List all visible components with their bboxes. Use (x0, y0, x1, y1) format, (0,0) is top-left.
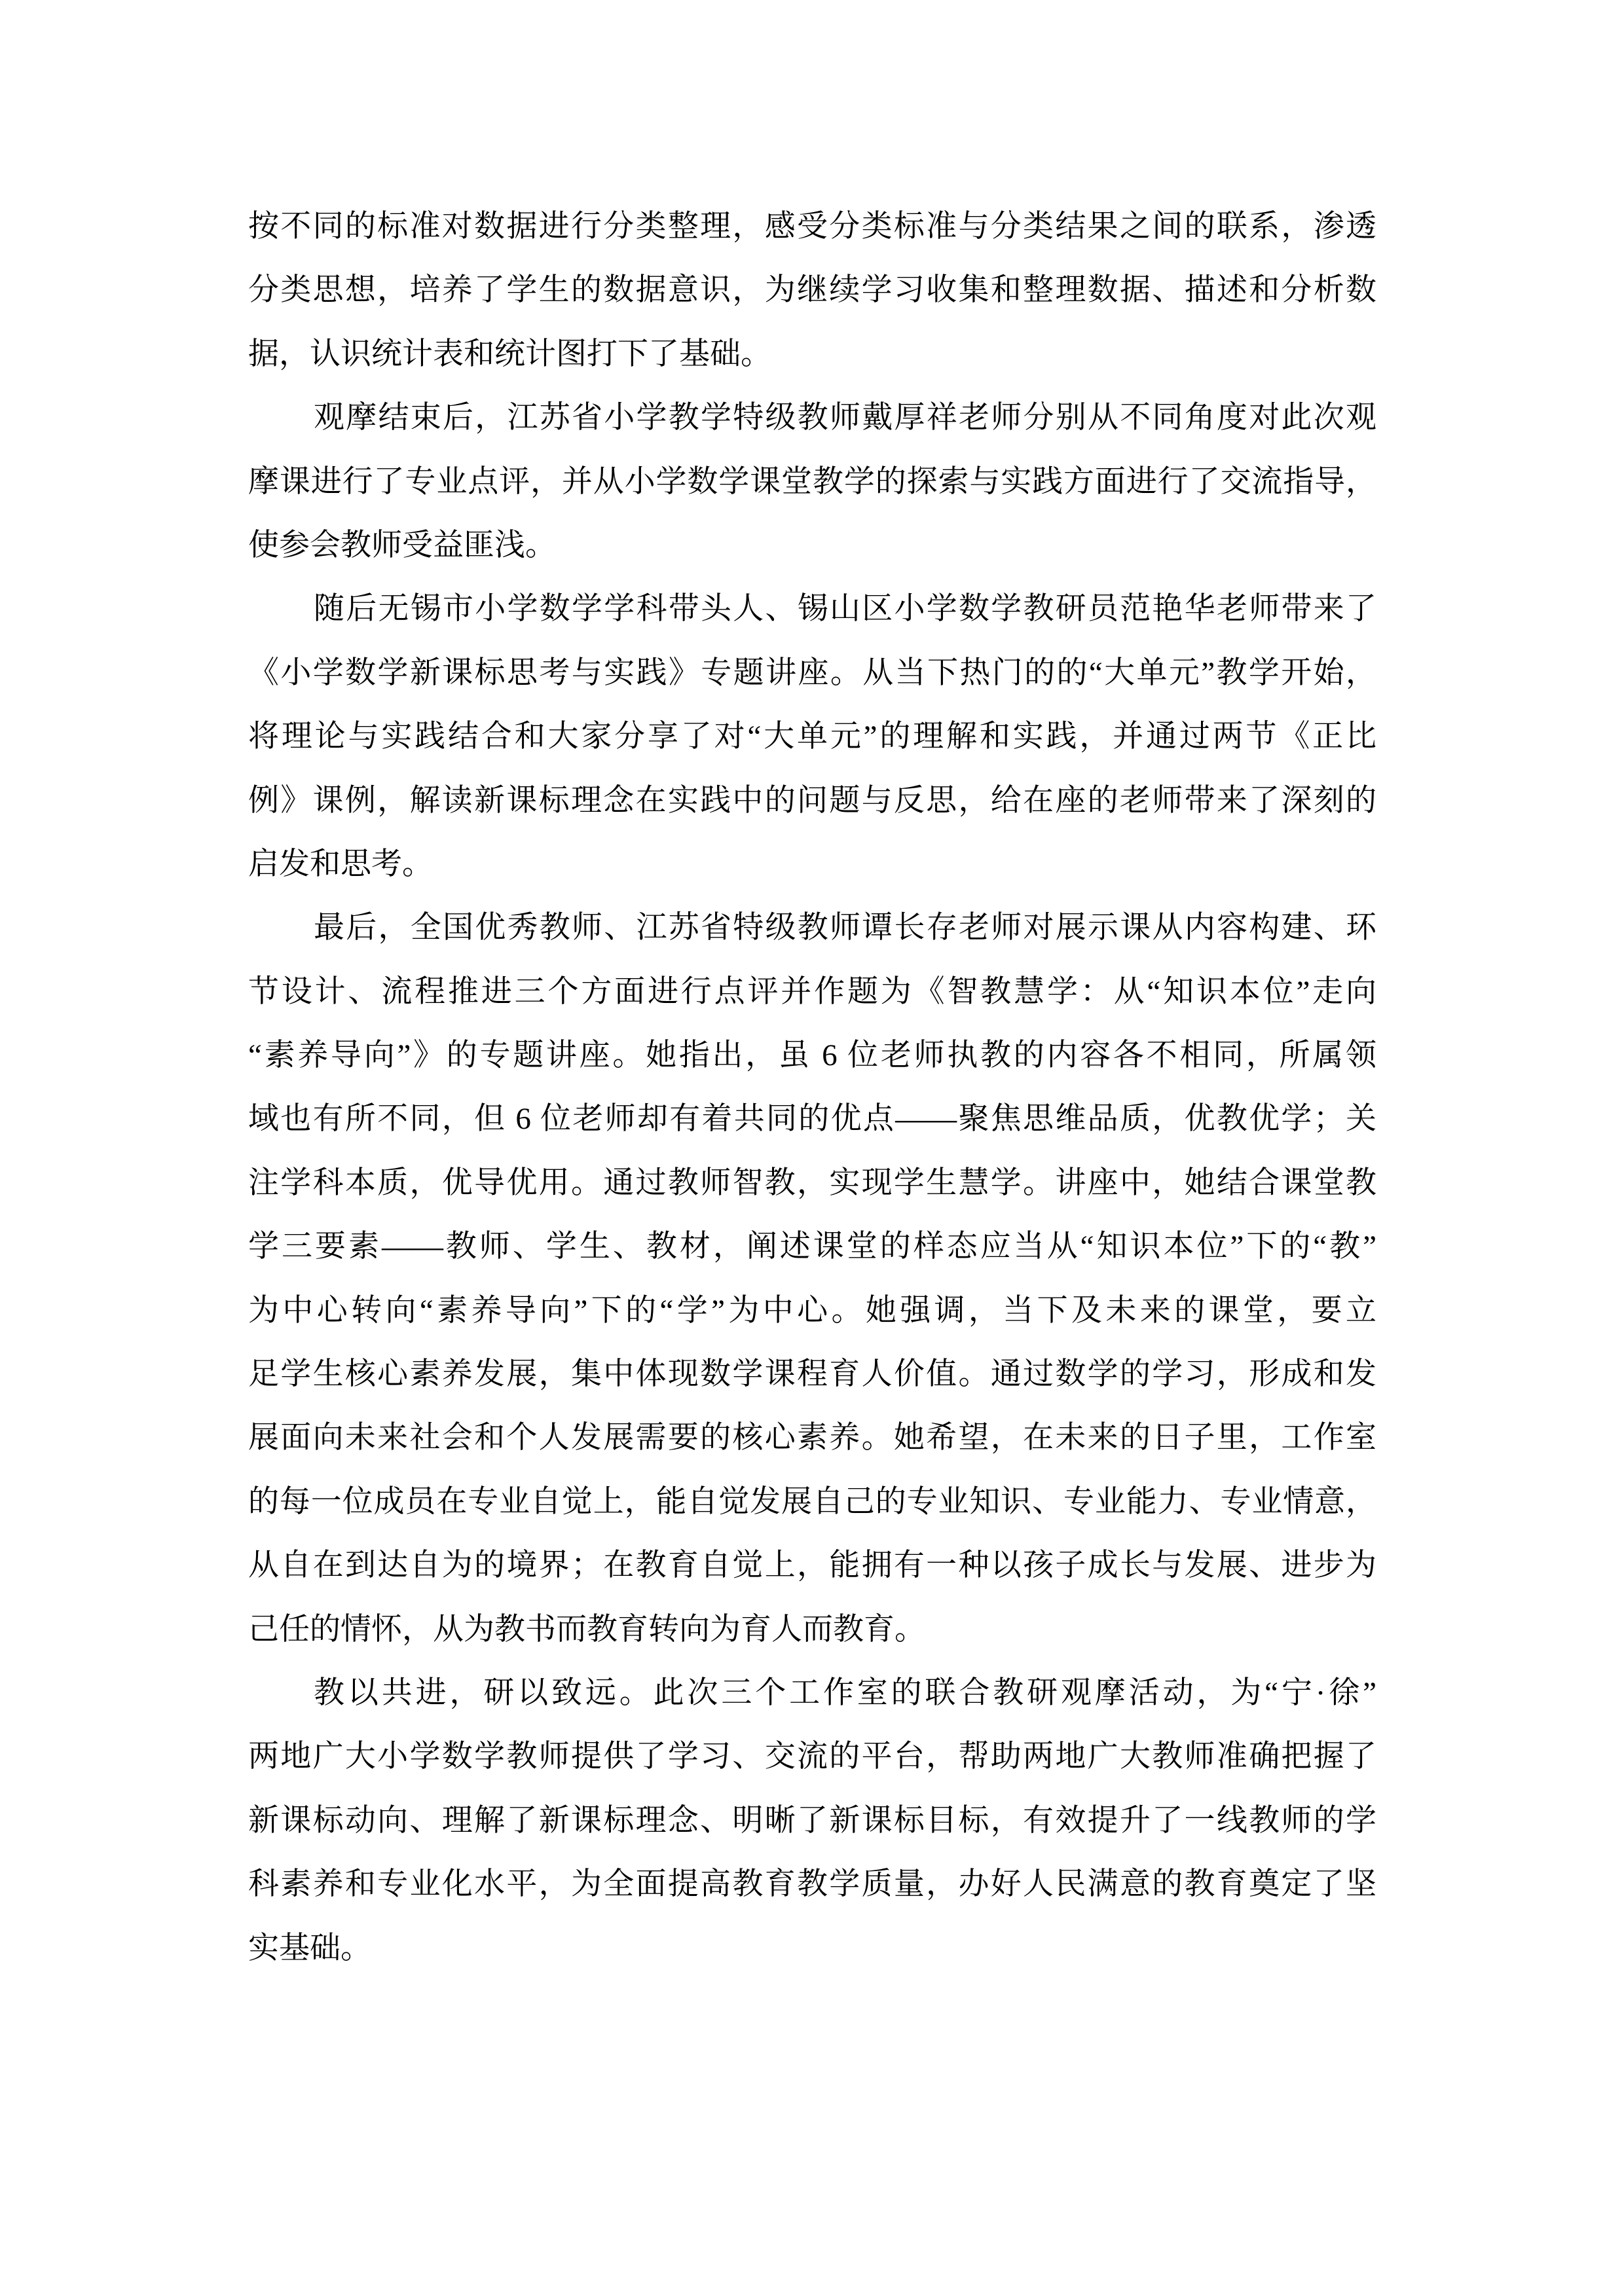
text-line: 足学生核心素养发展，集中体现数学课程育人价值。通过数学的学习，形成和发 (248, 1343, 1376, 1406)
text-line: 从自在到达自为的境界；在教育自觉上，能拥有一种以孩子成长与发展、进步为 (248, 1534, 1376, 1597)
text-line: “素养导向”》的专题讲座。她指出，虽 6 位老师执教的内容各不相同，所属领 (248, 1024, 1376, 1087)
text-line: 学三要素——教师、学生、教材，阐述课堂的样态应当从“知识本位”下的“教” (248, 1215, 1376, 1279)
text-line: 实基础。 (248, 1917, 1376, 1980)
paragraph: 随后无锡市小学数学学科带头人、锡山区小学数学教研员范艳华老师带来了《小学数学新课… (248, 577, 1376, 896)
text-line: 为中心转向“素养导向”下的“学”为中心。她强调，当下及未来的课堂，要立 (248, 1279, 1376, 1343)
paragraph: 按不同的标准对数据进行分类整理，感受分类标准与分类结果之间的联系，渗透分类思想，… (248, 195, 1376, 386)
text-line: 己任的情怀，从为教书而教育转向为育人而教育。 (248, 1598, 1376, 1662)
paragraph: 教以共进，研以致远。此次三个工作室的联合教研观摩活动，为“宁·徐”两地广大小学数… (248, 1662, 1376, 1980)
text-line: 按不同的标准对数据进行分类整理，感受分类标准与分类结果之间的联系，渗透 (248, 195, 1376, 259)
text-line: 摩课进行了专业点评，并从小学数学课堂教学的探索与实践方面进行了交流指导， (248, 450, 1376, 514)
text-line: 将理论与实践结合和大家分享了对“大单元”的理解和实践，并通过两节《正比 (248, 705, 1376, 769)
text-line: 展面向未来社会和个人发展需要的核心素养。她希望，在未来的日子里，工作室 (248, 1406, 1376, 1470)
document-body: 按不同的标准对数据进行分类整理，感受分类标准与分类结果之间的联系，渗透分类思想，… (248, 195, 1376, 1980)
text-line: 教以共进，研以致远。此次三个工作室的联合教研观摩活动，为“宁·徐” (248, 1662, 1376, 1725)
text-line: 启发和思考。 (248, 833, 1376, 896)
text-line: 《小学数学新课标思考与实践》专题讲座。从当下热门的的“大单元”教学开始， (248, 642, 1376, 705)
text-line: 例》课例，解读新课标理念在实践中的问题与反思，给在座的老师带来了深刻的 (248, 769, 1376, 833)
text-line: 节设计、流程推进三个方面进行点评并作题为《智教慧学：从“知识本位”走向 (248, 960, 1376, 1024)
text-line: 新课标动向、理解了新课标理念、明晰了新课标目标，有效提升了一线教师的学 (248, 1789, 1376, 1853)
text-line: 使参会教师受益匪浅。 (248, 514, 1376, 577)
text-line: 分类思想，培养了学生的数据意识，为继续学习收集和整理数据、描述和分析数 (248, 259, 1376, 322)
text-line: 域也有所不同，但 6 位老师却有着共同的优点——聚焦思维品质，优教优学；关 (248, 1087, 1376, 1151)
paragraph: 最后，全国优秀教师、江苏省特级教师谭长存老师对展示课从内容构建、环节设计、流程推… (248, 896, 1376, 1662)
text-line: 最后，全国优秀教师、江苏省特级教师谭长存老师对展示课从内容构建、环 (248, 896, 1376, 960)
document-page: 按不同的标准对数据进行分类整理，感受分类标准与分类结果之间的联系，渗透分类思想，… (0, 0, 1624, 2296)
text-line: 随后无锡市小学数学学科带头人、锡山区小学数学教研员范艳华老师带来了 (248, 577, 1376, 641)
text-line: 两地广大小学数学教师提供了学习、交流的平台，帮助两地广大教师准确把握了 (248, 1725, 1376, 1789)
text-line: 观摩结束后，江苏省小学教学特级教师戴厚祥老师分别从不同角度对此次观 (248, 386, 1376, 450)
paragraph: 观摩结束后，江苏省小学教学特级教师戴厚祥老师分别从不同角度对此次观摩课进行了专业… (248, 386, 1376, 577)
text-line: 据，认识统计表和统计图打下了基础。 (248, 323, 1376, 386)
text-line: 注学科本质，优导优用。通过教师智教，实现学生慧学。讲座中，她结合课堂教 (248, 1152, 1376, 1215)
text-line: 的每一位成员在专业自觉上，能自觉发展自己的专业知识、专业能力、专业情意， (248, 1470, 1376, 1534)
text-line: 科素养和专业化水平，为全面提高教育教学质量，办好人民满意的教育奠定了坚 (248, 1853, 1376, 1916)
